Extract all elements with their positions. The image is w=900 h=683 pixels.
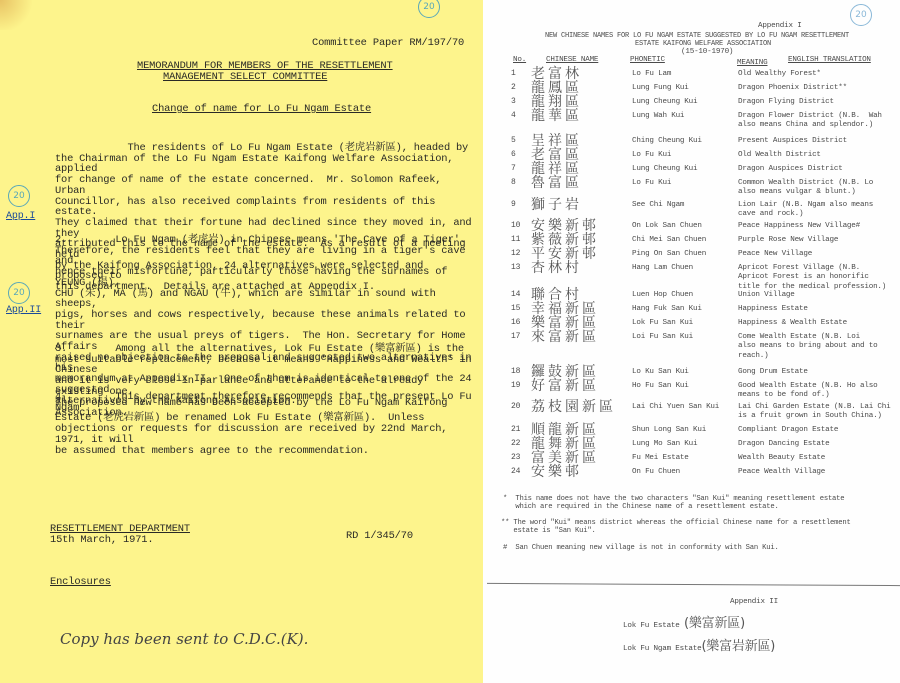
row-number: 17 [511,333,520,341]
appendix2-item-2: Lok Fu Ngam Estate(樂富岩新區) [623,643,775,653]
phonetic: Lung Cheung Kui [632,98,697,106]
phonetic: Lo Ku San Kui [632,368,689,376]
english-translation: Peace Wealth Village [738,468,825,477]
english-translation: Compliant Dragon Estate [738,426,838,435]
english-translation: Peace Happiness New Village# [738,222,860,231]
phonetic: Lo Fu Kui [632,179,671,187]
chinese-name: 獅子岩 [531,201,582,209]
english-translation: Old Wealth District [738,151,821,160]
row-number: 9 [511,201,516,209]
chinese-name: 富美新區 [531,454,599,462]
department-name: RESETTLEMENT DEPARTMENT [50,524,190,535]
memo-heading-line2: MANAGEMENT SELECT COMMITTEE [163,72,327,83]
footnote-1: * This name does not have the two charac… [503,495,844,511]
row-number: 15 [511,305,520,313]
phonetic: See Chi Ngam [632,201,684,209]
english-translation: Happiness Estate [738,305,808,314]
appendix2-item-1: Lok Fu Estate (樂富新區) [623,620,745,630]
phonetic: Lung Wah Kui [632,112,684,120]
memorandum-page: 20 Committee Paper RM/197/70 MEMORANDUM … [0,0,483,683]
row-number: 11 [511,236,520,244]
chinese-name: 龍舞新區 [531,440,599,448]
english-translation: Lai Chi Garden Estate (N.B. Lai Chi is a… [738,403,891,422]
appendix2-title: Appendix II [730,598,778,606]
appendix-page: 20 Appendix I NEW CHINESE NAMES FOR LO F… [483,0,900,683]
margin-label-app1: App.I [6,212,35,223]
chinese-name: 魯富區 [531,179,582,187]
chinese-name: 呈祥區 [531,137,582,145]
chinese-name: 荔枝園新區 [531,403,616,411]
enclosures-label: Enclosures [50,577,111,588]
memo-subject: Change of name for Lo Fu Ngam Estate [152,104,371,115]
chinese-name: 杏林村 [531,264,582,272]
phonetic: Lo Fu Kui [632,151,671,159]
row-number: 13 [511,264,520,272]
margin-circle-text: 20 [13,288,24,298]
appendix1-heading-line2: ESTATE KAIFONG WELFARE ASSOCIATION [635,40,771,48]
phonetic: Lung Fung Kui [632,84,689,92]
phonetic: Lung Mo San Kui [632,440,697,448]
english-translation: Old Wealthy Forest* [738,70,821,79]
memo-reference: RD 1/345/70 [346,531,413,542]
phonetic: Lai Chi Yuen San Kui [632,403,719,411]
margin-label-app2: App.II [6,306,41,317]
english-translation: Lion Lair (N.B. Ngam also means cave and… [738,201,873,220]
chinese-name: 龍祥區 [531,165,582,173]
english-translation: Union Village [738,291,795,300]
row-number: 1 [511,70,516,78]
appendix2-item-name: Lok Fu Estate [623,622,680,630]
english-translation: Dragon Flying District [738,98,834,107]
phonetic: On Fu Chuen [632,468,680,476]
page-number-text: 20 [855,10,866,20]
row-number: 12 [511,250,520,258]
column-header-english: ENGLISH TRANSLATION [788,56,871,64]
row-number: 2 [511,84,516,92]
chinese-name: 平安新邨 [531,250,599,258]
row-number: 24 [511,468,520,476]
chinese-name: 老富林 [531,70,582,78]
appendix2-item-chinese: (樂富岩新區) [701,639,775,654]
row-number: 6 [511,151,516,159]
english-translation: Common Wealth District (N.B. Lo also mea… [738,179,873,198]
row-number: 4 [511,112,516,120]
phonetic: Fu Mei Estate [632,454,689,462]
row-number: 20 [511,403,520,411]
appendix-page-circle: 20 [850,4,872,26]
english-translation: Purple Rose New Village [738,236,838,245]
row-number: 16 [511,319,520,327]
chinese-name: 順龍新區 [531,426,599,434]
margin-circle-text: 20 [13,191,24,201]
appendix2-item-name: Lok Fu Ngam Estate [623,645,701,653]
chinese-name: 安樂新邨 [531,222,599,230]
row-number: 19 [511,382,520,390]
phonetic: Lung Cheung Kui [632,165,697,173]
row-number: 18 [511,368,520,376]
margin-circle-2: 20 [8,282,30,304]
row-number: 14 [511,291,520,299]
chinese-name: 安樂邨 [531,468,582,476]
chinese-name: 聯合村 [531,291,582,299]
phonetic: Hang Lam Chuen [632,264,693,272]
phonetic: Loi Fu San Kui [632,333,693,341]
margin-circle-1: 20 [8,185,30,207]
handwritten-note: Copy has been sent to C.D.C.(K). [60,630,308,648]
english-translation: Good Wealth Estate (N.B. Ho also means t… [738,382,877,401]
english-translation: Dragon Auspices District [738,165,843,174]
row-number: 10 [511,222,520,230]
english-translation: Happiness & Wealth Estate [738,319,847,328]
paragraph-4: 4. This department therefore recommends … [55,392,475,456]
phonetic: Hang Fuk San Kui [632,305,702,313]
column-header-phonetic: PHONETIC [630,56,665,64]
row-number: 7 [511,165,516,173]
memo-heading-line1: MEMORANDUM FOR MEMBERS OF THE RESETTLEME… [137,61,393,72]
phonetic: Chi Mei San Chuen [632,236,706,244]
chinese-name: 鑼鼓新區 [531,368,599,376]
appendix1-heading-date: (15-10-1970) [681,48,733,56]
footnote-3: # San Chuen meaning new village is not i… [503,544,779,552]
appendix2-item-chinese: (樂富新區) [684,616,745,631]
chinese-name: 好富新區 [531,382,599,390]
phonetic: On Lok San Chuen [632,222,702,230]
phonetic: Lo Fu Lam [632,70,671,78]
footnote-2: ** The word "Kui" means district whereas… [501,519,851,535]
memo-date: 15th March, 1971. [50,535,153,546]
committee-paper-ref: Committee Paper RM/197/70 [312,38,464,49]
appendix1-heading-line1: NEW CHINESE NAMES FOR LO FU NGAM ESTATE … [545,32,849,40]
english-translation: Dragon Flower District (N.B. Wah also me… [738,112,882,131]
chinese-name: 紫薇新邨 [531,236,599,244]
row-number: 8 [511,179,516,187]
column-header-meaning: MEANING [737,59,768,67]
page-number-circle: 20 [418,0,440,18]
chinese-name: 幸福新區 [531,305,599,313]
appendix1-title: Appendix I [758,22,802,30]
english-translation: Gong Drum Estate [738,368,808,377]
phonetic: Ching Cheung Kui [632,137,702,145]
chinese-name: 來富新區 [531,333,599,341]
english-translation: Present Auspices District [738,137,847,146]
row-number: 22 [511,440,520,448]
english-translation: Come Wealth Estate (N.B. Loi also means … [738,333,877,361]
english-translation: Wealth Beauty Estate [738,454,825,463]
chinese-name: 龍翔區 [531,98,582,106]
row-number: 3 [511,98,516,106]
row-number: 23 [511,454,520,462]
paper-stain [0,0,36,30]
phonetic: Lok Fu San Kui [632,319,693,327]
phonetic: Luen Hop Chuen [632,291,693,299]
chinese-name: 老富區 [531,151,582,159]
phonetic: Ho Fu San Kui [632,382,689,390]
chinese-name: 樂富新區 [531,319,599,327]
english-translation: Dragon Phoenix District** [738,84,847,93]
chinese-name: 龍鳳區 [531,84,582,92]
english-translation: Apricot Forest Village (N.B. Apricot For… [738,264,886,292]
column-header-chinese: CHINESE NAME [546,56,598,64]
row-number: 5 [511,137,516,145]
phonetic: Ping On San Chuen [632,250,706,258]
page-number-text: 20 [423,2,434,12]
column-header-no: No. [513,56,526,64]
row-number: 21 [511,426,520,434]
english-translation: Peace New Village [738,250,812,259]
english-translation: Dragon Dancing Estate [738,440,830,449]
phonetic: Shun Long San Kui [632,426,706,434]
chinese-name: 龍華區 [531,112,582,120]
